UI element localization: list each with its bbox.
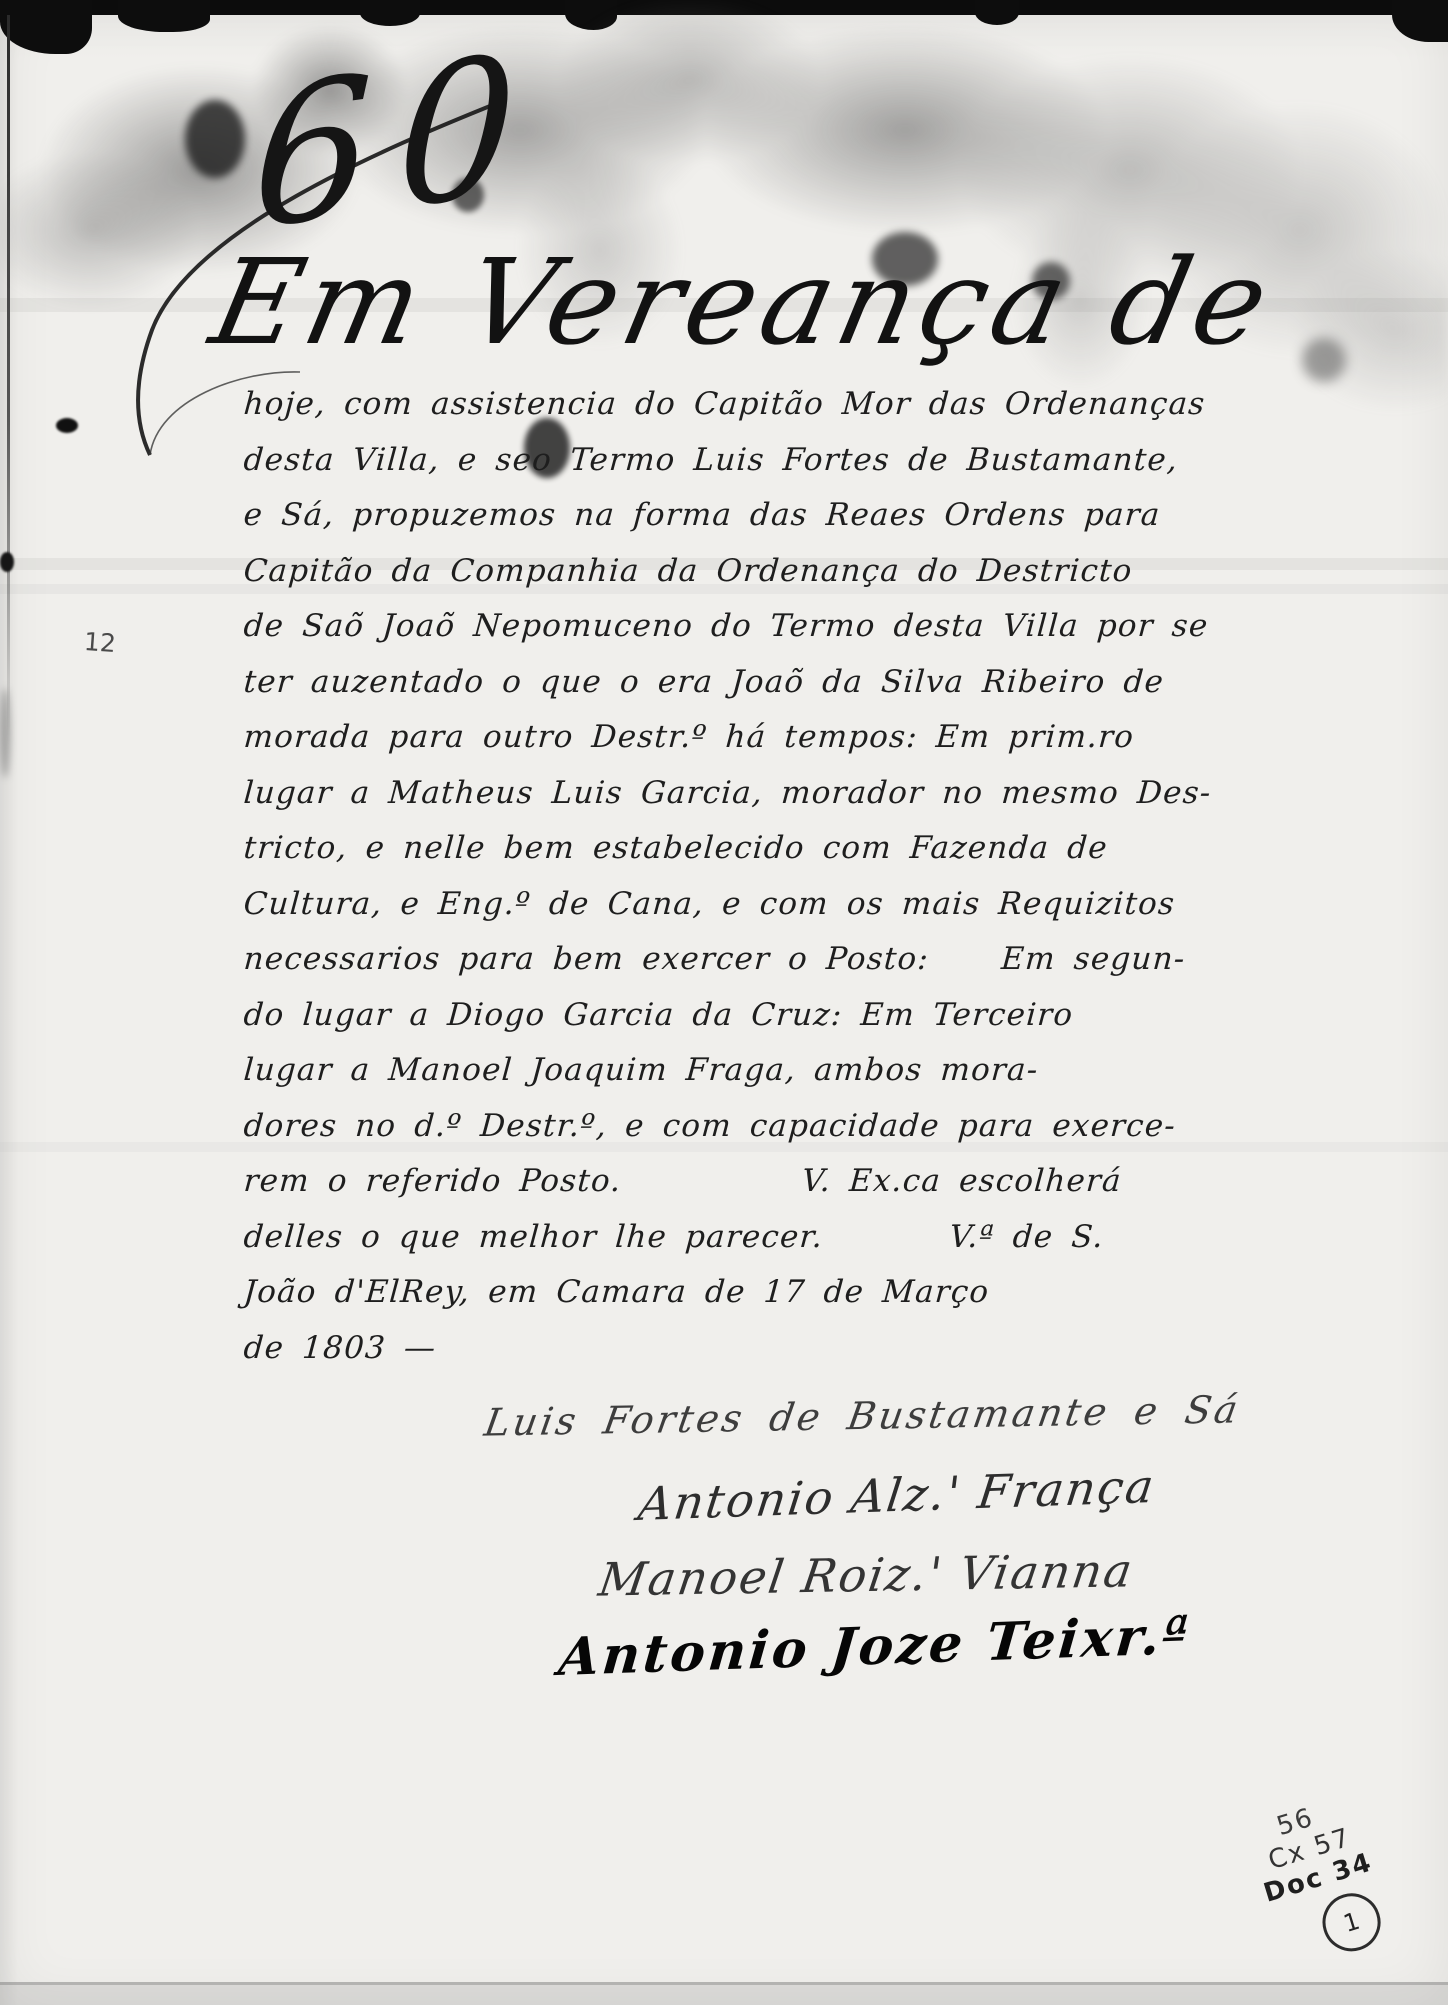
signature-teixeira: Antonio Joze Teixr.ª xyxy=(556,1605,1193,1688)
scan-edge-blob xyxy=(975,0,1019,25)
manuscript-line: necessarios para bem exercer o Posto: Em… xyxy=(241,941,1175,997)
manuscript-line: rem o referido Posto. V. Ex.ca escolherá xyxy=(241,1163,1175,1219)
scan-edge-blob xyxy=(118,0,210,32)
circled-sheet-number: 1 xyxy=(1315,1886,1387,1958)
margin-note: 12 xyxy=(83,627,117,658)
document-heading: Em Vereança de xyxy=(201,238,1239,368)
manuscript-line: lugar a Manoel Joaquim Fraga, ambos mora… xyxy=(241,1052,1175,1108)
manuscript-line: tricto, e nelle bem estabelecido com Faz… xyxy=(241,830,1175,886)
scan-edge-blob xyxy=(360,0,420,26)
manuscript-line: desta Villa, e seo Termo Luis Fortes de … xyxy=(241,442,1175,498)
signature-vianna: Manoel Roiz.' Vianna xyxy=(595,1543,1137,1606)
manuscript-body: hoje, com assistencia do Capitão Mor das… xyxy=(243,386,1173,1385)
signature-bustamante: Luis Fortes de Bustamante e Sá xyxy=(481,1387,1243,1444)
manuscript-line: de 1803 — xyxy=(241,1330,1175,1386)
manuscript-line: lugar a Matheus Luis Garcia, morador no … xyxy=(241,775,1175,831)
ink-blot xyxy=(1302,338,1346,382)
manuscript-line: hoje, com assistencia do Capitão Mor das… xyxy=(241,386,1175,442)
scan-left-edge xyxy=(7,15,10,745)
archive-reference: 56 Cx 57 Doc 34 1 xyxy=(1243,1776,1442,1972)
manuscript-line: de Saõ Joaõ Nepomuceno do Termo desta Vi… xyxy=(241,608,1175,664)
ink-blot xyxy=(185,100,245,178)
scan-edge-blob xyxy=(565,0,617,30)
edge-mark xyxy=(56,418,78,433)
scan-bottom-shade xyxy=(0,1985,1448,2005)
scan-edge-blob xyxy=(0,0,92,54)
manuscript-line: do lugar a Diogo Garcia da Cruz: Em Terc… xyxy=(241,997,1175,1053)
manuscript-line: dores no d.º Destr.º, e com capacidade p… xyxy=(241,1108,1175,1164)
folio-number: 60 xyxy=(250,26,545,257)
signature-franca: Antonio Alz.' França xyxy=(635,1459,1158,1531)
scan-top-edge xyxy=(0,0,1448,15)
manuscript-line: Capitão da Companhia da Ordenança do Des… xyxy=(241,553,1175,609)
manuscript-line: Cultura, e Eng.º de Cana, e com os mais … xyxy=(241,886,1175,942)
manuscript-page: 60 Em Vereança de hoje, com assistencia … xyxy=(0,0,1448,2005)
manuscript-line: delles o que melhor lhe parecer. V.ª de … xyxy=(241,1219,1175,1275)
manuscript-line: morada para outro Destr.º há tempos: Em … xyxy=(241,719,1175,775)
manuscript-line: João d'ElRey, em Camara de 17 de Março xyxy=(241,1274,1175,1330)
scan-edge-blob xyxy=(1392,0,1448,42)
manuscript-line: ter auzentado o que o era Joaõ da Silva … xyxy=(241,664,1175,720)
manuscript-line: e Sá, propuzemos na forma das Reaes Orde… xyxy=(241,497,1175,553)
